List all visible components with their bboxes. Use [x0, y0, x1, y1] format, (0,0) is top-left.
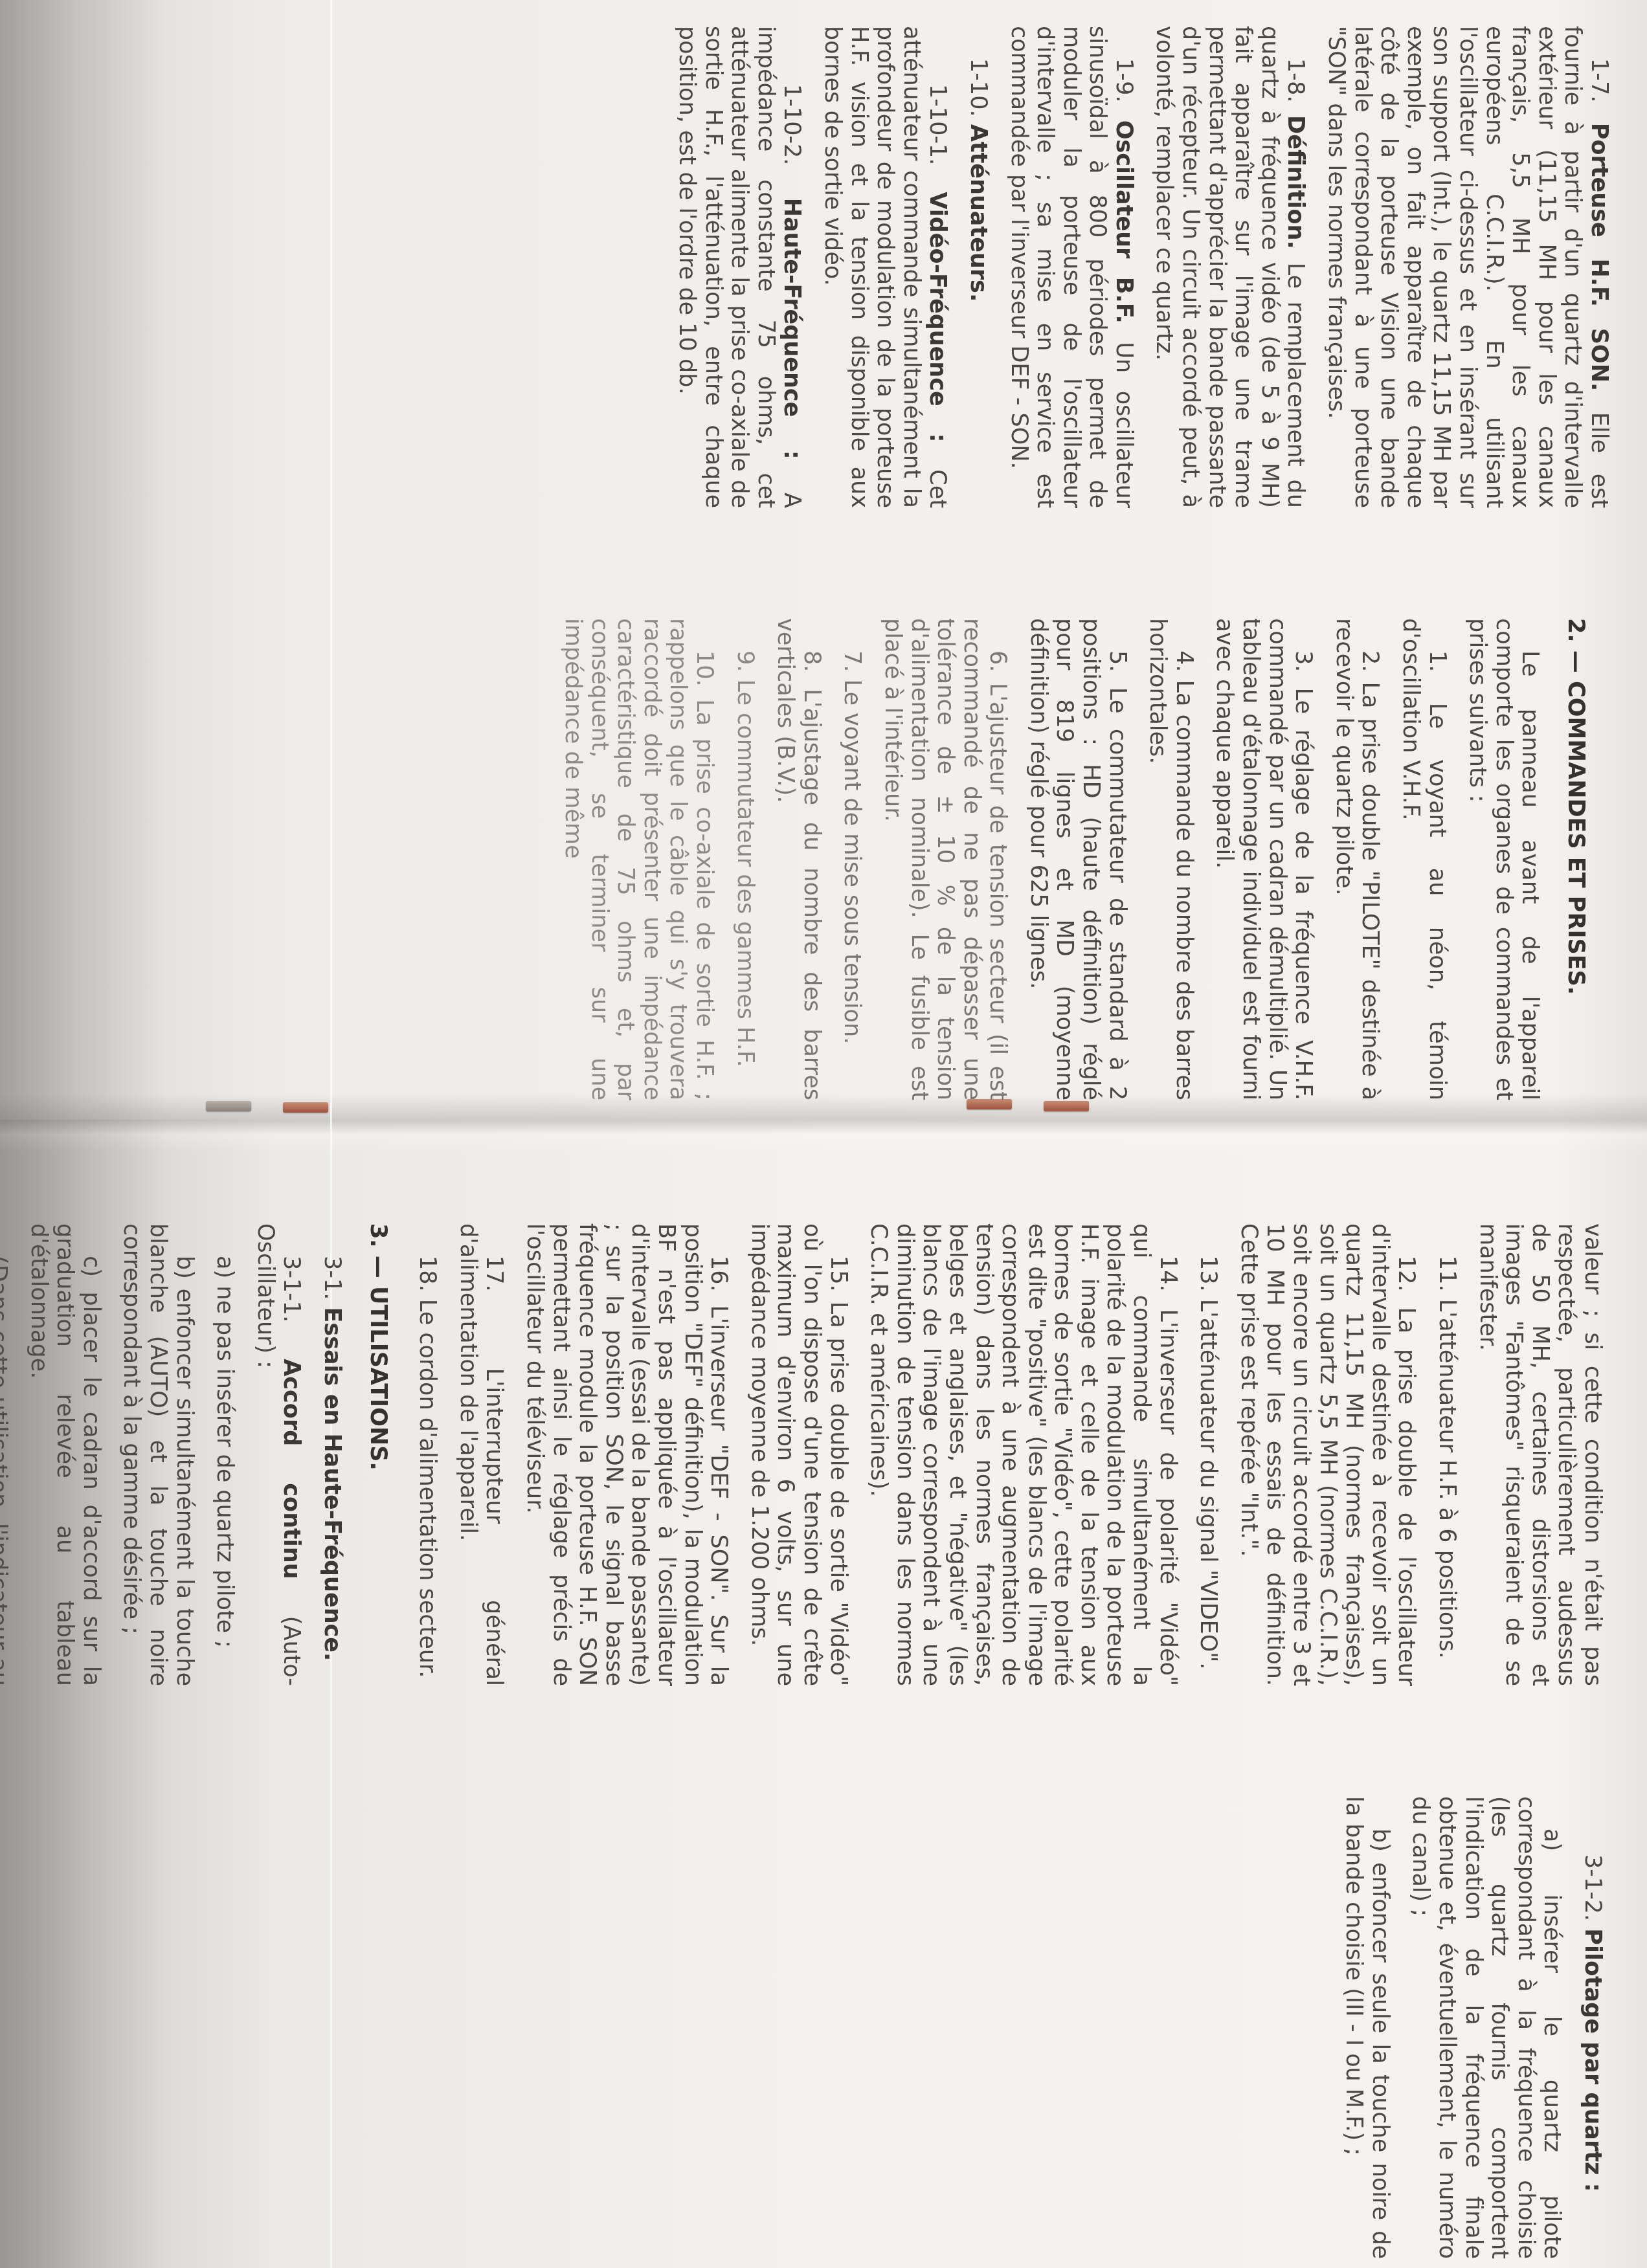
subsection-3-1-2: 3-1-2. Pilotage par quartz :	[1579, 1796, 1606, 2259]
list-item: 14. L'inverseur de polarité "Vidéo" qui …	[866, 1223, 1181, 1686]
list-item: 10. La prise co-axiale de sortie H.F. ; …	[559, 618, 717, 1100]
lower-right-column: 3-1-2. Pilotage par quartz :a) insérer l…	[13, 1796, 1606, 2259]
list-item: 18. Le cordon d'alimentation secteur.	[414, 1223, 441, 1686]
section-heading: 2. — COMMANDES ET PRISES.	[1562, 618, 1589, 1100]
upper-page: 1-7. Porteuse H.F. SON. Elle est fournie…	[13, 26, 1612, 1100]
staple	[1044, 1101, 1089, 1111]
list-item: 17. L'interrupteur général d'alimentatio…	[454, 1223, 507, 1686]
staple	[206, 1101, 251, 1111]
list-item: 16. L'inverseur "DEF - SON". Sur la posi…	[521, 1223, 732, 1686]
staple	[283, 1102, 328, 1113]
section-1-9: 1-9. Oscillateur B.F. Un oscillateur sin…	[1005, 26, 1137, 508]
upper-right-column: 2. — COMMANDES ET PRISES.Le panneau avan…	[13, 618, 1612, 1100]
list-item: 5. Le commutateur de standard à 2 positi…	[1025, 618, 1130, 1100]
staple	[967, 1099, 1012, 1109]
list-item: 13. L'atténuateur du signal "VIDEO".	[1195, 1223, 1222, 1686]
section-intro: Le panneau avant de l'appareil comporte …	[1464, 618, 1543, 1100]
step-item: a) ne pas insérer de quartz pilote ;	[212, 1223, 238, 1686]
section-1-8: 1-8. Définition. Le remplacement du quar…	[1151, 26, 1309, 508]
note: (Dans cette utilisation, l'indicateur au…	[0, 1223, 11, 1686]
list-item: 8. L'ajustage du nombre des barres verti…	[772, 618, 825, 1100]
subsection-3-1: 3-1. Essais en Haute-Fréquence.	[319, 1223, 345, 1686]
list-item: 2. La prise double "PILOTE" destinée à r…	[1330, 618, 1383, 1100]
upper-left-column: 1-7. Porteuse H.F. SON. Elle est fournie…	[13, 26, 1612, 508]
list-item: 3. Le réglage de la fréquence V.H.F. com…	[1211, 618, 1316, 1100]
step-item: a) insérer le quartz pilote correspondan…	[1407, 1796, 1565, 2259]
list-item: 6. L'ajusteur de tension secteur (il est…	[879, 618, 1011, 1100]
section-1-10: 1-10. Atténuateurs.	[965, 26, 991, 508]
lower-left-column: valeur ; si cette condition n'était pas …	[13, 1223, 1606, 1686]
lower-page: valeur ; si cette condition n'était pas …	[13, 1223, 1606, 2259]
list-item: 7. Le voyant de mise sous tension.	[839, 618, 866, 1100]
section-1-10-1: 1-10-1. Vidéo-Fréquence : Cet atténuateu…	[819, 26, 950, 508]
subsection-3-1-1: 3-1-1. Accord continu (Auto-Oscillateur)…	[252, 1223, 304, 1686]
list-item: 9. Le commutateur des gammes H.F.	[732, 618, 758, 1100]
list-item: 15. La prise double de sortie "Vidéo" où…	[746, 1223, 851, 1686]
list-item: 12. La prise double de l'oscillateur d'i…	[1235, 1223, 1419, 1686]
step-item: b) enfoncer simultanément la touche blan…	[118, 1223, 197, 1686]
continuation-text: valeur ; si cette condition n'était pas …	[1474, 1223, 1606, 1686]
section-1-7: 1-7. Porteuse H.F. SON. Elle est fournie…	[1323, 26, 1612, 508]
step-item: c) placer le cadran d'accord sur la grad…	[25, 1223, 104, 1686]
list-item: 1. Le voyant au néon, témoin d'oscillati…	[1397, 618, 1450, 1100]
list-item: 11. L'atténuateur H.F. à 6 positions.	[1433, 1223, 1460, 1686]
section-1-10-2: 1-10-2. Haute-Fréquence : A impédance co…	[673, 26, 805, 508]
list-item: 4. La commande du nombre des barres hori…	[1145, 618, 1197, 1100]
step-item: b) enfoncer seule la touche noire de la …	[1341, 1796, 1393, 2259]
section-heading: 3. — UTILISATIONS.	[364, 1223, 391, 1686]
